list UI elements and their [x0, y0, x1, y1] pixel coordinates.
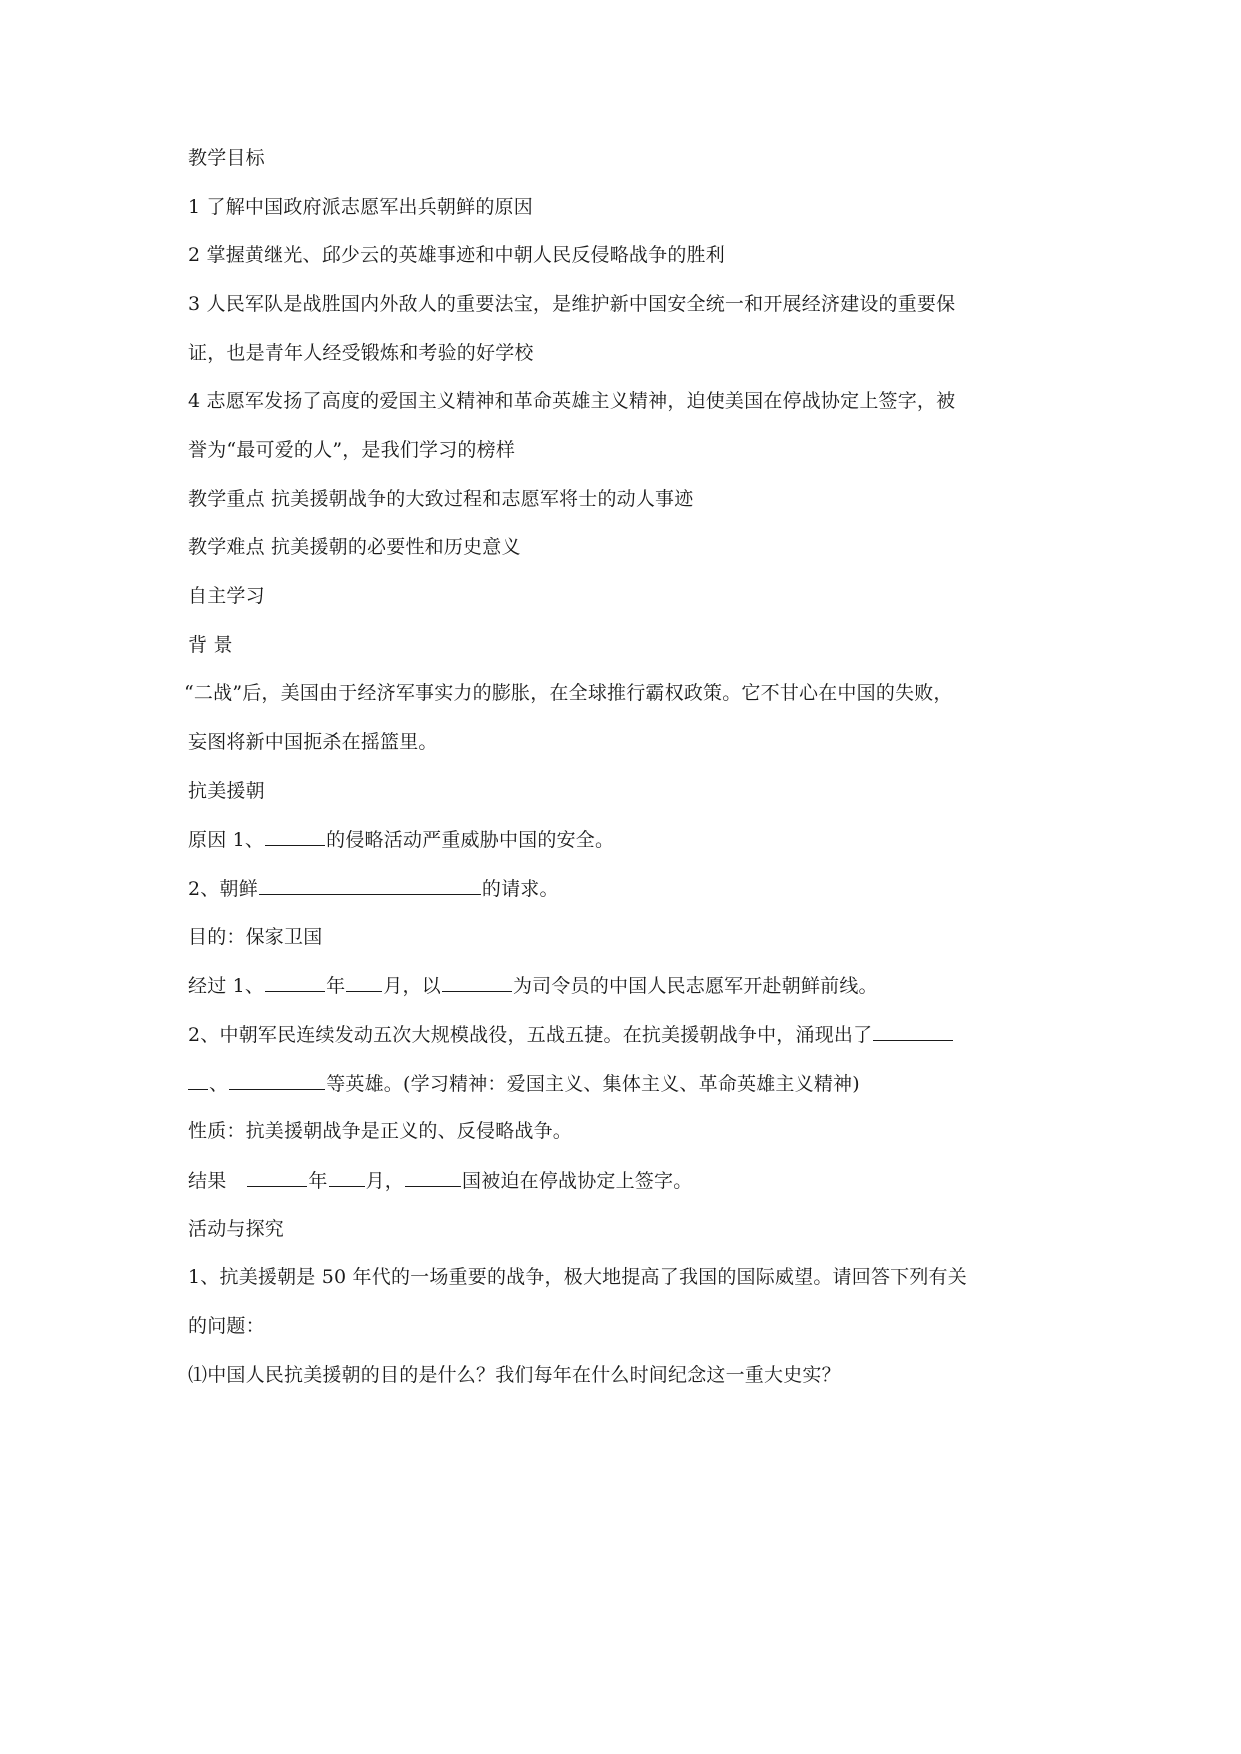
- process-2-hero-1-blank[interactable]: [873, 1022, 953, 1041]
- activity-question-1-sub-1: ⑴中国人民抗美援朝的目的是什么？我们每年在什么时间纪念这一重大史实？: [188, 1363, 841, 1387]
- process-2-cont: 、等英雄。(学习精神：爱国主义、集体主义、革命英雄主义精神): [188, 1071, 860, 1096]
- result-year: 年: [308, 1170, 327, 1192]
- cause-1: 原因 1、的侵略活动严重威胁中国的安全。: [188, 827, 614, 852]
- background-heading: 背 景: [188, 633, 233, 657]
- result-prefix: 结果: [188, 1170, 226, 1192]
- process-1-suffix: 为司令员的中国人民志愿军开赴朝鲜前线。: [513, 975, 878, 997]
- cause-2-prefix: 2、朝鲜: [188, 878, 258, 900]
- background-text-1: “二战”后，美国由于经济军事实力的膨胀，在全球推行霸权政策。它不甘心在中国的失败…: [184, 681, 953, 705]
- difficulty: 教学难点 抗美援朝的必要性和历史意义: [188, 535, 521, 559]
- process-1-month-blank[interactable]: [346, 973, 382, 992]
- result-year-blank[interactable]: [247, 1168, 307, 1187]
- process-1-month: 月，以: [383, 975, 441, 997]
- cause-2: 2、朝鲜的请求。: [188, 876, 559, 901]
- process-2-hero-2-blank[interactable]: [229, 1071, 325, 1090]
- result: 结果年月，国被迫在停战协定上签字。: [188, 1168, 692, 1193]
- objective-item-4-cont: 誉为“最可爱的人”，是我们学习的榜样: [188, 438, 515, 462]
- activity-question-1-cont: 的问题：: [188, 1314, 265, 1338]
- background-text-2: 妄图将新中国扼杀在摇篮里。: [188, 730, 438, 754]
- key-point: 教学重点 抗美援朝战争的大致过程和志愿军将士的动人事迹: [188, 487, 693, 511]
- process-2-text: 2、中朝军民连续发动五次大规模战役，五战五捷。在抗美援朝战争中，涌现出了: [188, 1024, 872, 1046]
- process-1-commander-blank[interactable]: [442, 973, 512, 992]
- document-page: 教学目标 1 了解中国政府派志愿军出兵朝鲜的原因 2 掌握黄继光、邱少云的英雄事…: [0, 0, 1241, 1754]
- process-2: 2、中朝军民连续发动五次大规模战役，五战五捷。在抗美援朝战争中，涌现出了: [188, 1022, 954, 1047]
- section-heading: 抗美援朝: [188, 779, 265, 803]
- objective-item-3-cont: 证，也是青年人经受锻炼和考验的好学校: [188, 341, 534, 365]
- process-2-sep: 、: [209, 1073, 228, 1095]
- purpose: 目的：保家卫国: [188, 925, 322, 949]
- activity-question-1: 1、抗美援朝是 50 年代的一场重要的战争，极大地提高了我国的国际威望。请回答下…: [188, 1265, 967, 1289]
- objective-item-4: 4 志愿军发扬了高度的爱国主义精神和革命英雄主义精神，迫使美国在停战协定上签字，…: [188, 389, 955, 413]
- cause-2-suffix: 的请求。: [482, 878, 559, 900]
- result-country-blank[interactable]: [405, 1168, 461, 1187]
- result-month: 月，: [366, 1170, 404, 1192]
- process-1-year-blank[interactable]: [265, 973, 325, 992]
- cause-2-blank[interactable]: [259, 876, 481, 895]
- cause-1-blank[interactable]: [265, 827, 325, 846]
- cause-1-prefix: 原因 1、: [188, 829, 264, 851]
- process-1: 经过 1、年月，以为司令员的中国人民志愿军开赴朝鲜前线。: [188, 973, 878, 998]
- objectives-heading: 教学目标: [188, 146, 265, 170]
- process-1-prefix: 经过 1、: [188, 975, 264, 997]
- self-study-heading: 自主学习: [188, 584, 265, 608]
- cause-1-suffix: 的侵略活动严重威胁中国的安全。: [326, 829, 614, 851]
- objective-item-2: 2 掌握黄继光、邱少云的英雄事迹和中朝人民反侵略战争的胜利: [188, 243, 725, 267]
- objective-item-1: 1 了解中国政府派志愿军出兵朝鲜的原因: [188, 195, 533, 219]
- result-suffix: 国被迫在停战协定上签字。: [462, 1170, 692, 1192]
- process-1-year: 年: [326, 975, 345, 997]
- activity-heading: 活动与探究: [188, 1217, 284, 1241]
- process-2-suffix: 等英雄。(学习精神：爱国主义、集体主义、革命英雄主义精神): [326, 1073, 860, 1095]
- result-month-blank[interactable]: [329, 1168, 365, 1187]
- objective-item-3: 3 人民军队是战胜国内外敌人的重要法宝，是维护新中国安全统一和开展经济建设的重要…: [188, 292, 955, 316]
- process-2-hero-1-blank-cont[interactable]: [188, 1071, 208, 1090]
- nature: 性质：抗美援朝战争是正义的、反侵略战争。: [188, 1119, 572, 1143]
